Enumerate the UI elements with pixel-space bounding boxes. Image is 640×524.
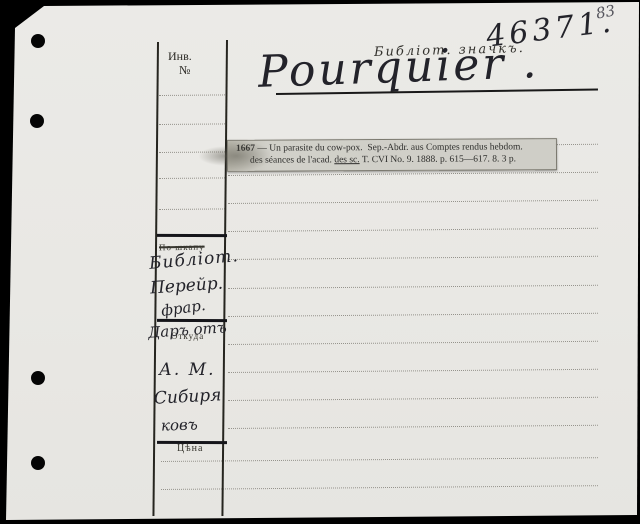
ruled-line	[228, 341, 598, 345]
donor-line: ковъ	[161, 415, 198, 434]
ruled-line	[159, 94, 225, 96]
author-signature: Pourquier.	[257, 37, 540, 98]
handwritten-entry: Перейр.	[149, 273, 223, 298]
ruled-line	[161, 457, 598, 462]
label-entry-number: 1667	[236, 144, 255, 154]
punch-hole	[31, 456, 45, 470]
label-line-2-text: des séances de l'acad.	[250, 155, 334, 165]
donor-line: Сибиря	[154, 385, 222, 409]
column-separator	[157, 234, 227, 237]
ruled-line	[159, 123, 225, 125]
ruled-line	[228, 369, 598, 373]
ruled-line	[228, 256, 598, 260]
punch-hole	[31, 371, 45, 385]
author-period: .	[521, 37, 540, 89]
ruled-line	[228, 200, 598, 204]
ruled-line	[161, 485, 598, 490]
catalog-card: 83 46371. Библіот. значкъ. Pourquier. Ин…	[0, 0, 640, 524]
price-stamp: Цѣна	[177, 443, 203, 454]
donor-line: А. М.	[159, 360, 216, 380]
author-name: Pourquier	[257, 38, 507, 98]
ruled-line	[228, 285, 598, 289]
ruled-line	[159, 208, 225, 210]
pasted-reference-label: 1667 — Un parasite du cow-pox. Sep.-Abdr…	[227, 138, 557, 172]
ruled-line	[228, 397, 598, 401]
inventory-header-top: Инв.	[168, 49, 192, 64]
label-line-2-underlined: des sc.	[334, 155, 359, 165]
label-line-1-text: — Un parasite du cow-pox. Sep.-Abdr. aus…	[255, 142, 523, 153]
inventory-header-bottom: №	[179, 63, 190, 78]
ruled-line	[159, 177, 225, 179]
handwritten-entry: фрар.	[160, 296, 207, 320]
ruled-line	[228, 313, 598, 317]
ruled-line	[228, 172, 598, 176]
punch-hole	[31, 34, 45, 48]
punch-hole	[30, 114, 44, 128]
ruled-line	[228, 425, 598, 429]
ruled-line	[159, 151, 225, 153]
ruled-line	[228, 228, 598, 232]
label-line-2: des séances de l'acad. des sc. T. CVI No…	[236, 153, 552, 167]
origin-handwritten: Даръ отъ	[147, 318, 227, 341]
label-line-2-citation: T. CVI No. 9. 1888. p. 615—617. 8. 3 p.	[360, 154, 516, 165]
